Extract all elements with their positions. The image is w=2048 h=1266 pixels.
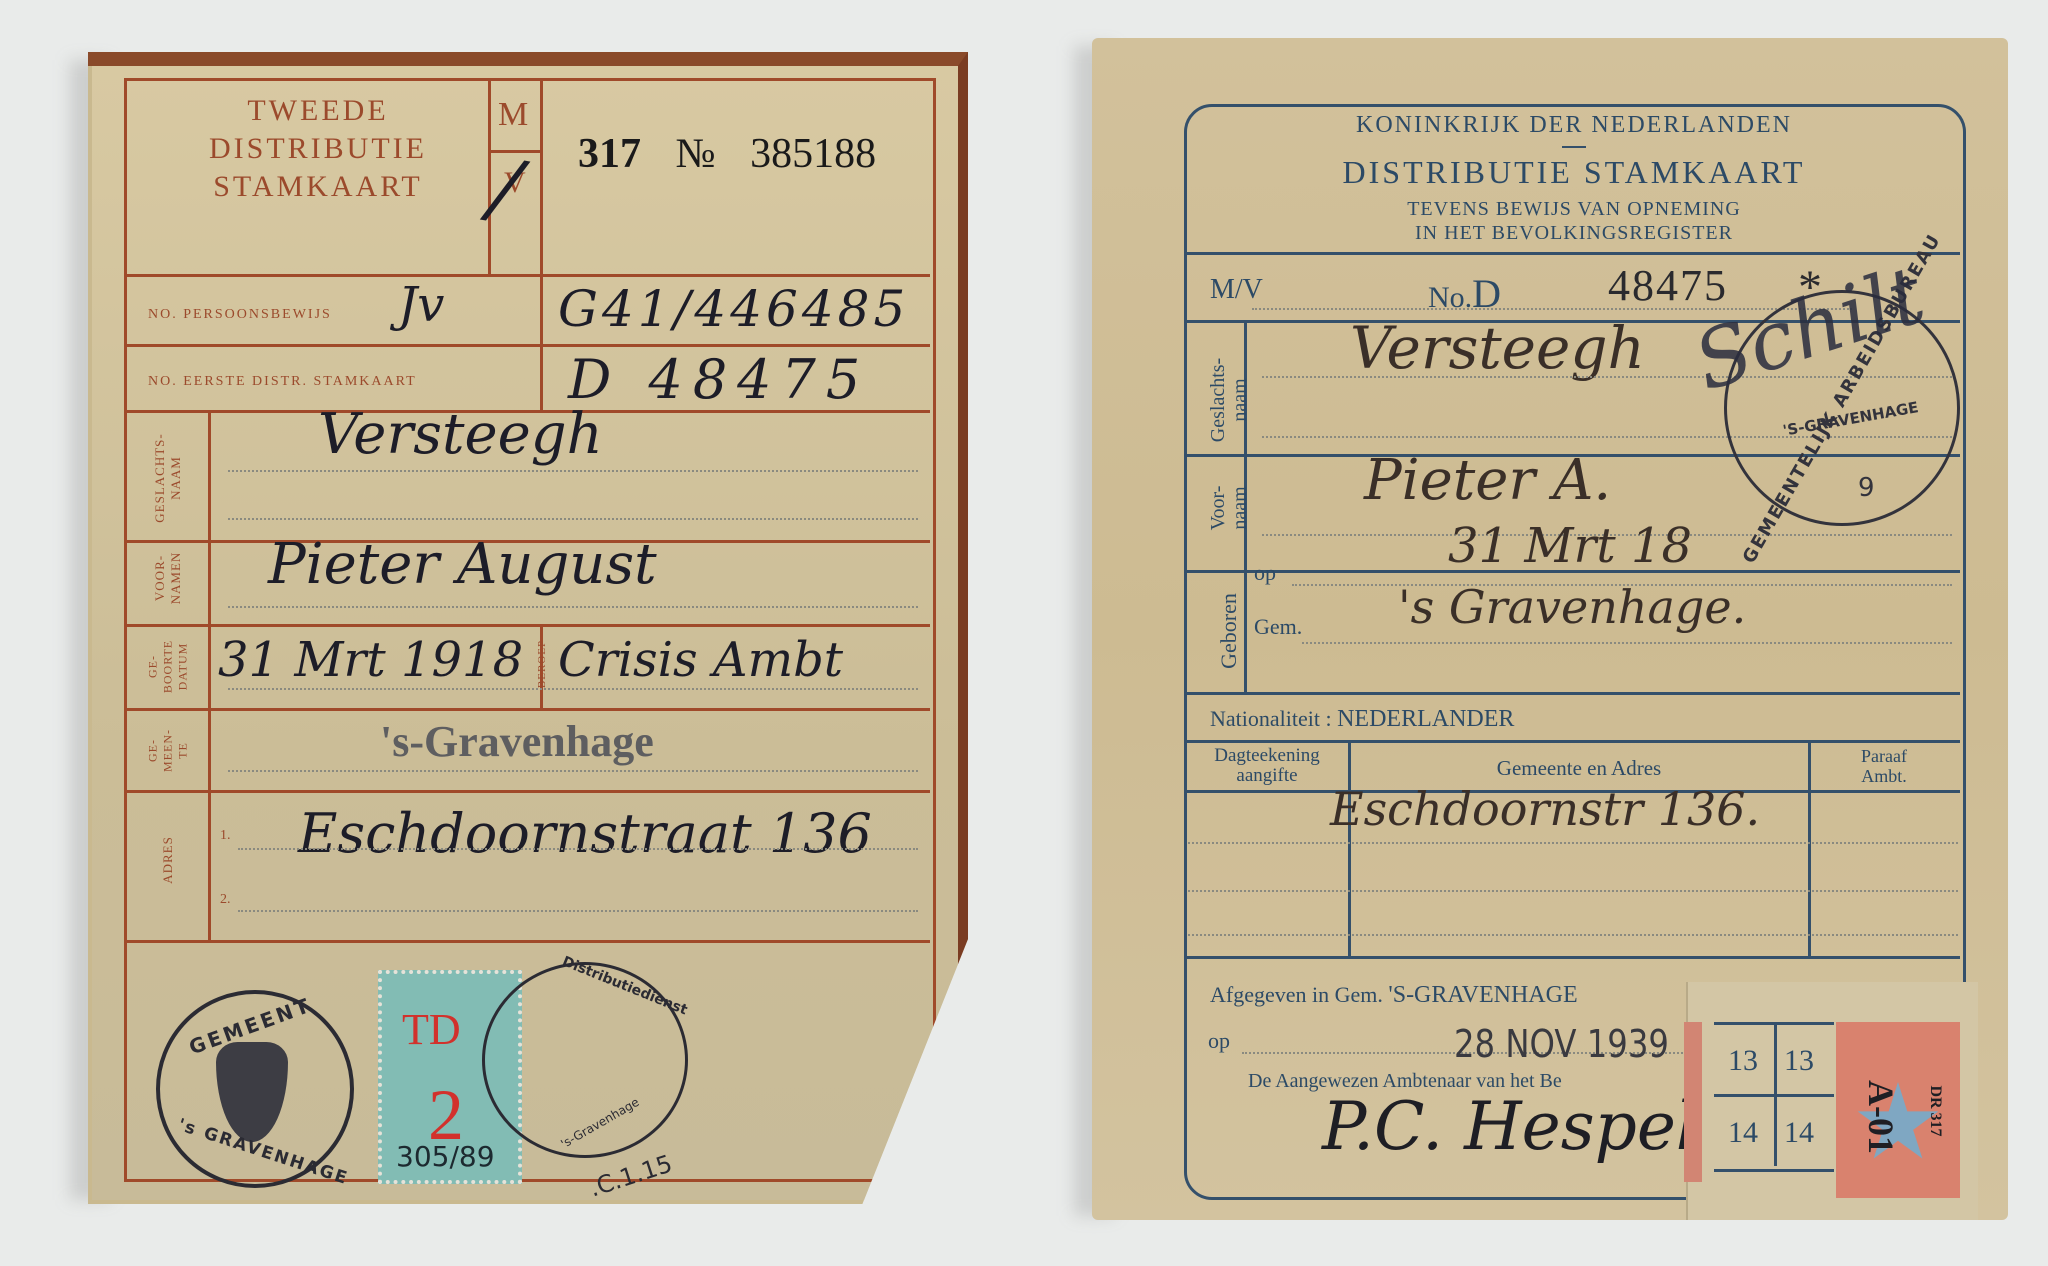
column-header-dagteekening: Dagteekening aangifte bbox=[1188, 746, 1346, 786]
column-header-gemeente-adres: Gemeente en Adres bbox=[1352, 756, 1806, 781]
row-line bbox=[1184, 692, 1960, 695]
dotted-line bbox=[228, 470, 918, 472]
row-line bbox=[124, 940, 930, 943]
coupon-stub-left bbox=[1684, 1022, 1702, 1182]
adres-label: ADRES bbox=[160, 800, 176, 920]
coupon-panel: 13 13 14 14 A-01 DR 317 bbox=[1686, 982, 1978, 1220]
sex-box-divider-right bbox=[540, 78, 543, 410]
number-value: 48475 bbox=[1608, 260, 1728, 311]
persoonsbewijs-value: G41/446485 bbox=[558, 280, 909, 338]
dotted-line bbox=[1188, 842, 1958, 844]
issue-date-stamp: 28 NOV 1939 bbox=[1454, 1022, 1669, 1066]
dotted-line bbox=[228, 606, 918, 608]
coupon-number: 13 bbox=[1784, 1044, 1814, 1078]
distributie-stamkaart-card: KONINKRIJK DER NEDERLANDEN DISTRIBUTIE S… bbox=[1092, 38, 2008, 1220]
sex-box-divider-left bbox=[488, 78, 491, 274]
dotted-line bbox=[228, 518, 918, 520]
beroep-value: Crisis Ambt bbox=[558, 632, 843, 688]
geboortedatum-value: 31 Mrt 1918 bbox=[218, 632, 523, 688]
serial-value: 385188 bbox=[750, 131, 876, 177]
op-label: op bbox=[1254, 560, 1276, 586]
column-header-paraaf: Paraaf Ambt. bbox=[1812, 746, 1956, 786]
adres-line-1-number: 1. bbox=[220, 828, 231, 844]
title-line-1: TWEEDE bbox=[148, 92, 488, 130]
dotted-line bbox=[238, 848, 918, 850]
geboren-label: Geboren bbox=[1216, 566, 1242, 696]
dotted-line bbox=[228, 688, 918, 690]
beroep-label: BEROEP bbox=[536, 634, 548, 694]
sex-label: M/V bbox=[1210, 274, 1263, 306]
row-line bbox=[1184, 252, 1960, 255]
coupon-stamp-code: A-01 bbox=[1860, 1062, 1902, 1172]
coupon-stamp: A-01 DR 317 bbox=[1836, 1022, 1960, 1198]
row-line bbox=[124, 708, 930, 711]
row-line bbox=[124, 274, 930, 277]
gem-value: 's Gravenhage. bbox=[1398, 580, 1746, 634]
date-label: op bbox=[1208, 1028, 1230, 1054]
table-divider bbox=[1808, 740, 1811, 956]
dotted-line bbox=[238, 910, 918, 912]
title-line-3: STAMKAART bbox=[148, 168, 488, 206]
voornaam-label: Voor- naam bbox=[1207, 443, 1251, 573]
row-line bbox=[124, 624, 930, 627]
gem-label: Gem. bbox=[1254, 614, 1302, 640]
label-column-divider bbox=[208, 410, 211, 940]
voornaam-value: Pieter A. bbox=[1364, 448, 1611, 513]
serial-prefix: 317 bbox=[578, 131, 641, 177]
op-value: 31 Mrt 18 bbox=[1448, 518, 1692, 574]
revenue-stamp-ink: 305/89 bbox=[396, 1140, 495, 1173]
number-sign: № bbox=[676, 131, 716, 177]
title-line-2: DISTRIBUTIE bbox=[148, 130, 488, 168]
eerste-stamkaart-value: D 48475 bbox=[568, 348, 870, 411]
heading-rule bbox=[1562, 146, 1586, 148]
dotted-line bbox=[1302, 642, 1952, 644]
geslachtsnaam-value: Versteegh bbox=[1350, 314, 1645, 382]
dotted-line bbox=[1188, 890, 1958, 892]
row-line bbox=[1184, 740, 1960, 743]
gemeente-value: 's-Gravenhage bbox=[380, 716, 654, 767]
row-line bbox=[124, 344, 930, 347]
persoonsbewijs-label: NO. PERSOONSBEWIJS bbox=[148, 307, 332, 323]
adres-line-2-number: 2. bbox=[220, 892, 231, 908]
row-line bbox=[124, 790, 930, 793]
official-signature: P.C. Hespel bbox=[1322, 1088, 1697, 1165]
kingdom-heading: KONINKRIJK DER NEDERLANDEN bbox=[1184, 112, 1964, 139]
revenue-stamp-letters: TD bbox=[402, 1004, 461, 1055]
dotted-line bbox=[1188, 934, 1958, 936]
coupon-grid-h bbox=[1714, 1094, 1834, 1097]
serial-number: 317 № 385188 bbox=[578, 130, 876, 178]
afgegeven-value: 'S-GRAVENHAGE bbox=[1388, 982, 1577, 1008]
initials: Jv bbox=[398, 277, 444, 333]
nationaliteit-label: Nationaliteit : bbox=[1210, 706, 1332, 731]
card-title: DISTRIBUTIE STAMKAART bbox=[1184, 154, 1964, 191]
adres-line-1-value: Eschdoornstraat 136 bbox=[298, 802, 872, 865]
card-title: TWEEDE DISTRIBUTIE STAMKAART bbox=[148, 92, 488, 206]
arbeidsbureau-stamp-number: 6 bbox=[1858, 470, 1875, 500]
address-value: Eschdoornstr 136. bbox=[1330, 782, 1760, 836]
coupon-number: 14 bbox=[1728, 1116, 1758, 1150]
coupon-number: 13 bbox=[1728, 1044, 1758, 1078]
afgegeven-field: Afgegeven in Gem. 'S-GRAVENHAGE bbox=[1210, 982, 1578, 1009]
nationaliteit-value: NEDERLANDER bbox=[1337, 706, 1514, 732]
row-line bbox=[1184, 956, 1960, 959]
dotted-line bbox=[228, 770, 918, 772]
coupon-stamp-sub: DR 317 bbox=[1926, 1056, 1944, 1166]
coupon-number: 14 bbox=[1784, 1116, 1814, 1150]
tweede-distributie-stamkaart-card: TWEEDE DISTRIBUTIE STAMKAART M V / 317 №… bbox=[88, 52, 968, 1204]
afgegeven-label: Afgegeven in Gem. bbox=[1210, 982, 1383, 1007]
eerste-stamkaart-label: NO. EERSTE DISTR. STAMKAART bbox=[148, 374, 417, 390]
nationaliteit-field: Nationaliteit : NEDERLANDER bbox=[1210, 706, 1514, 733]
table-divider bbox=[1348, 740, 1351, 956]
subtitle-line-1: TEVENS BEWIJS VAN OPNEMING bbox=[1184, 198, 1964, 221]
voornamen-value: Pieter August bbox=[268, 532, 657, 597]
geslachtsnaam-value: Versteegh bbox=[318, 402, 603, 467]
sex-label-m: M bbox=[498, 96, 528, 134]
subtitle-line-2: IN HET BEVOLKINGSREGISTER bbox=[1184, 222, 1964, 245]
